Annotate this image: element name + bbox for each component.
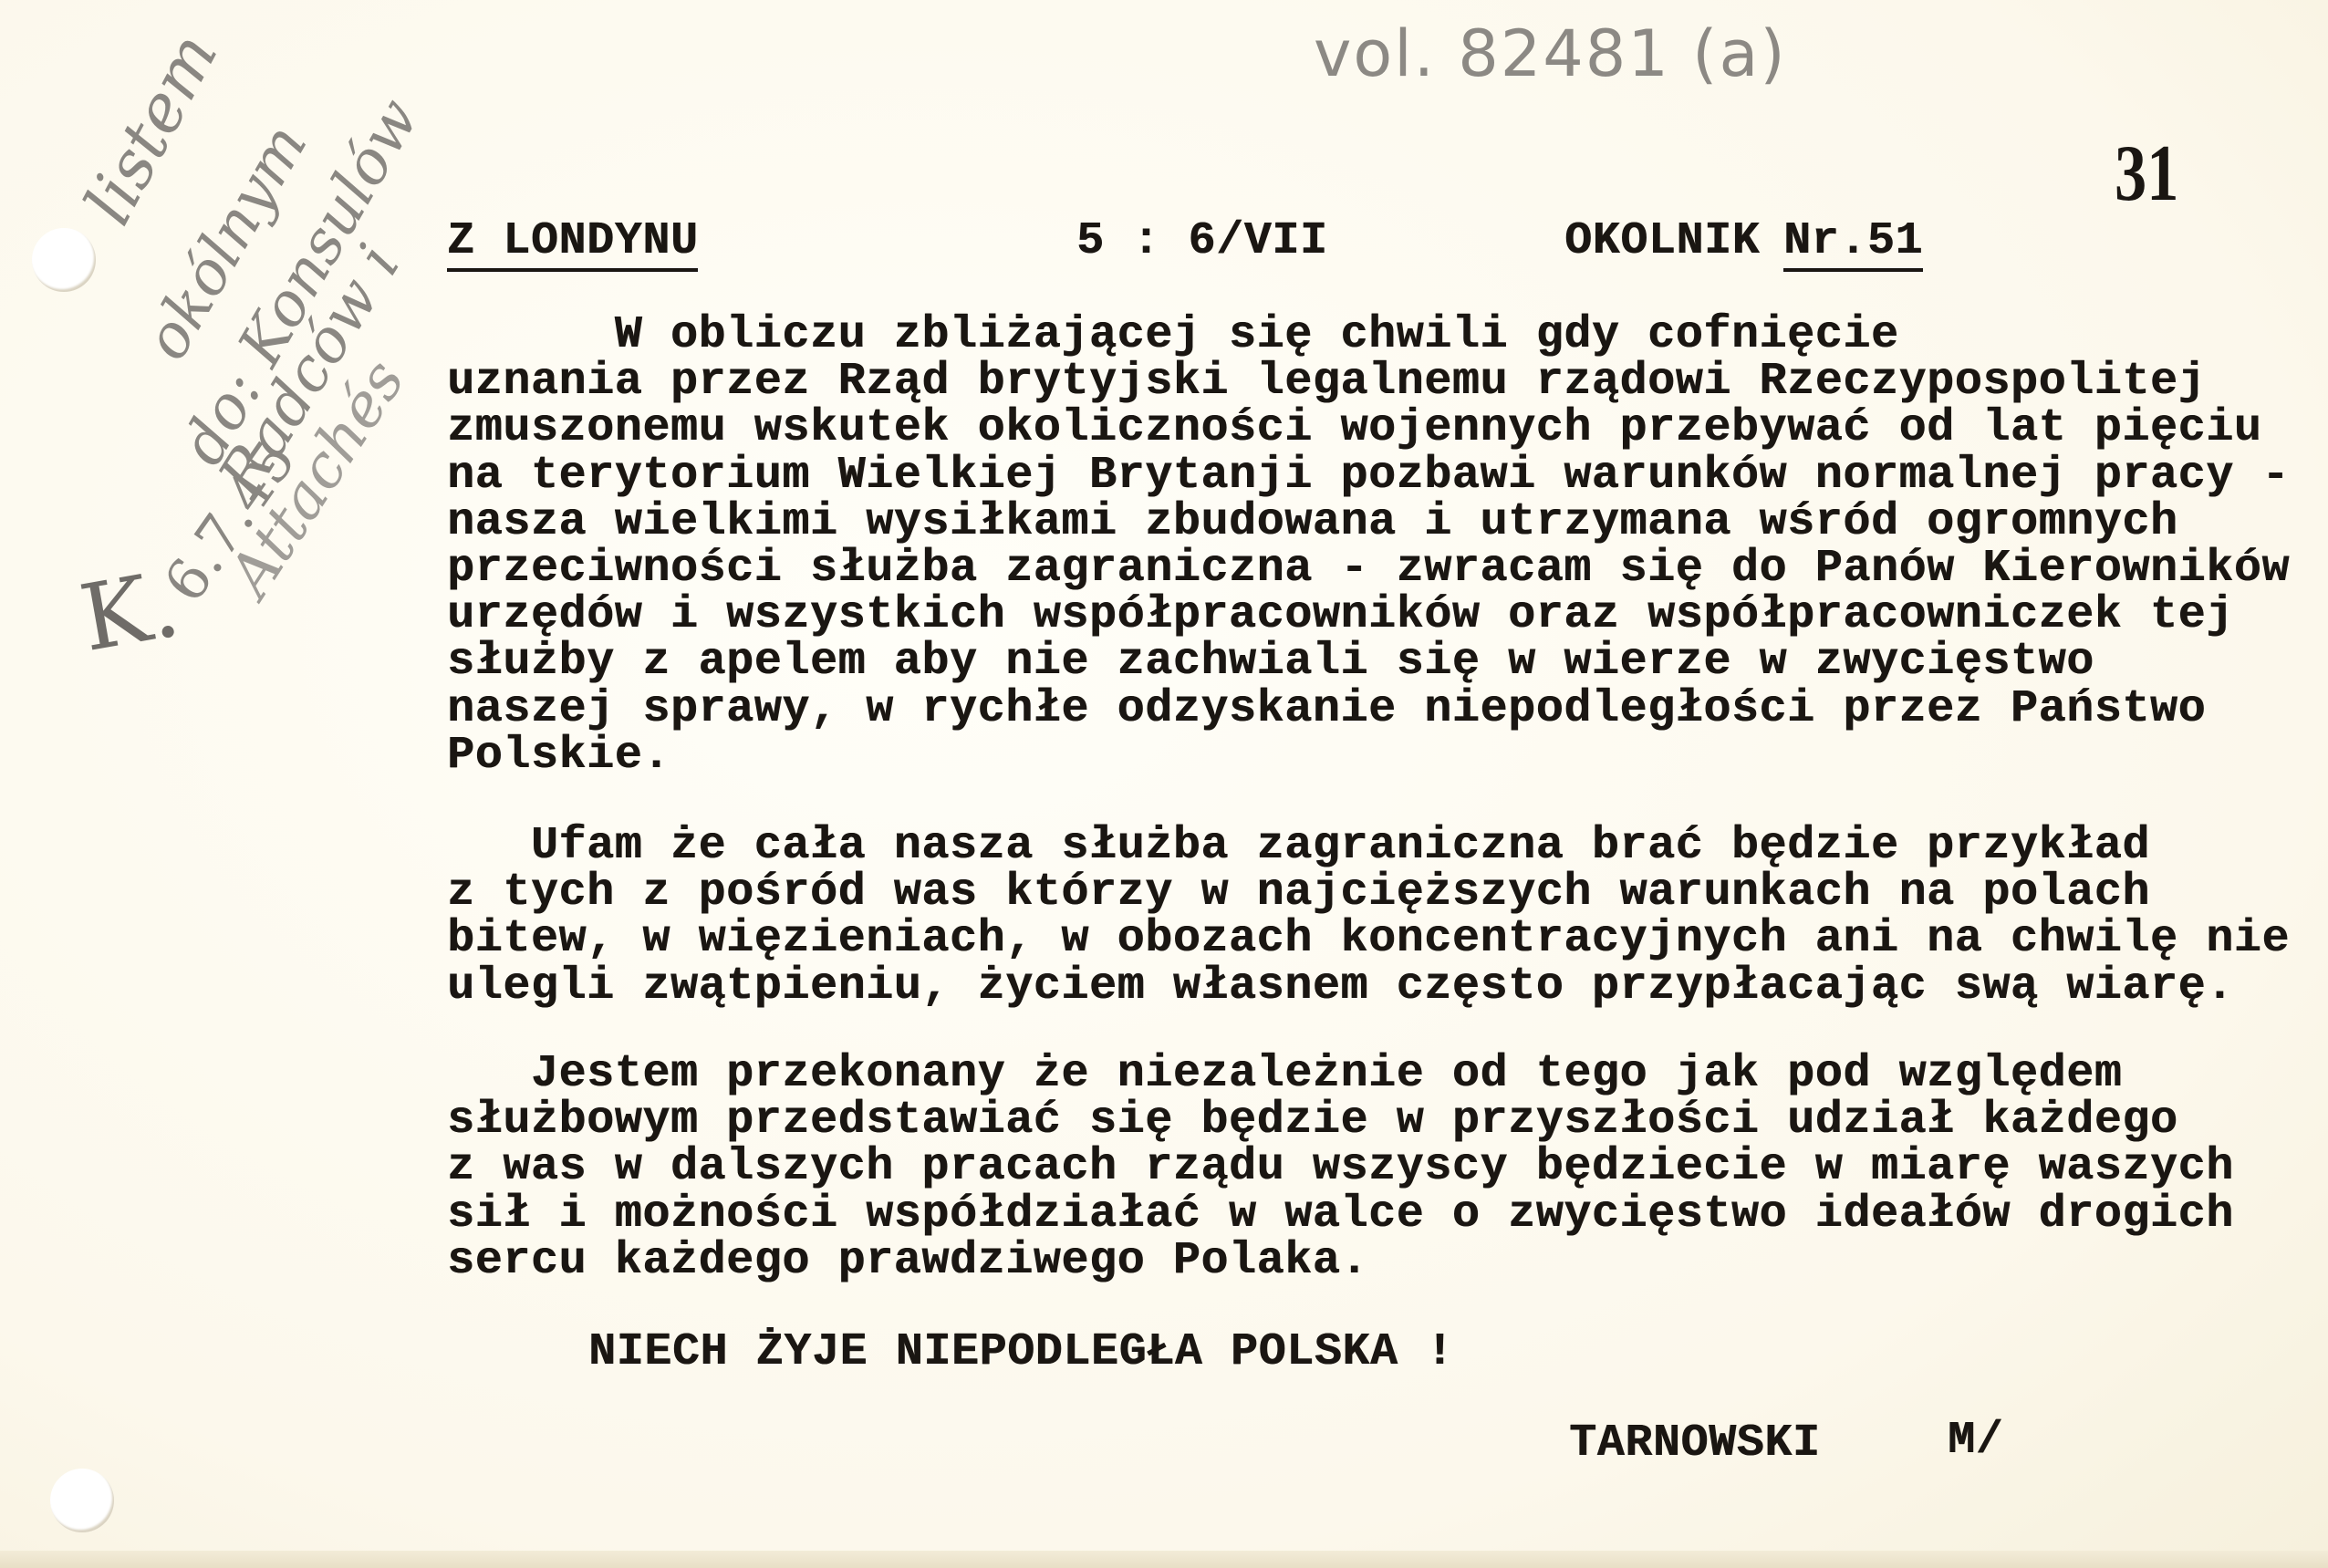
body-line: z tych z pośród was którzy w najcięższyc… — [447, 870, 2150, 916]
header-origin: Z LONDYNU — [447, 219, 698, 272]
margin-note-initial: K. — [73, 550, 187, 672]
document-page: vol. 82481 (a) 31 listem okólnym do: Kon… — [0, 0, 2328, 1568]
body-line: urzędów i wszystkich współpracowników or… — [447, 593, 2234, 639]
body-line: Ufam że cała nasza służba zagraniczna br… — [447, 824, 2150, 869]
body-line: sił i możności współdziałać w walce o zw… — [447, 1192, 2234, 1238]
page-bottom-edge — [0, 1551, 2328, 1568]
closing-slogan: NIECH ŻYJE NIEPODLEGŁA POLSKA ! — [588, 1330, 1454, 1376]
signature-name: TARNOWSKI — [1569, 1421, 1820, 1467]
body-line: Jestem przekonany że niezależnie od tego… — [447, 1052, 2122, 1097]
body-line: służbowym przedstawiać się będzie w przy… — [447, 1098, 2178, 1144]
body-line: sercu każdego prawdziwego Polaka. — [447, 1239, 1368, 1284]
signature-mark: M/ — [1948, 1418, 2003, 1464]
body-line: zmuszonemu wskutek okoliczności wojennyc… — [447, 406, 2261, 452]
body-line: W obliczu zbliżającej się chwili gdy cof… — [447, 313, 1898, 358]
body-line: służby z apelem aby nie zachwiali się w … — [447, 639, 2094, 685]
body-line: na terytorium Wielkiej Brytanji pozbawi … — [447, 453, 2290, 499]
body-line: Polskie. — [447, 733, 670, 779]
body-line: z was w dalszych pracach rządu wszyscy b… — [447, 1145, 2234, 1190]
body-line: uznania przez Rząd brytyjski legalnemu r… — [447, 359, 2206, 405]
header-circular-number: Nr.51 — [1783, 219, 1923, 272]
header-date: 5 : 6/VII — [1076, 219, 1327, 265]
folio-number: 31 — [2115, 128, 2178, 220]
punch-hole-top — [32, 228, 96, 292]
body-line: ulegli zwątpieniu, życiem własnem często… — [447, 964, 2234, 1010]
header-circular-label: OKOLNIK — [1564, 219, 1760, 265]
body-line: bitew, w więzieniach, w obozach koncentr… — [447, 917, 2290, 962]
archive-annotation: vol. 82481 (a) — [1314, 16, 1787, 91]
body-line: naszej sprawy, w rychłe odzyskanie niepo… — [447, 687, 2206, 732]
punch-hole-bottom — [50, 1469, 114, 1532]
body-line: przeciwności służba zagraniczna - zwraca… — [447, 546, 2290, 592]
body-line: nasza wielkimi wysiłkami zbudowana i utr… — [447, 500, 2178, 545]
